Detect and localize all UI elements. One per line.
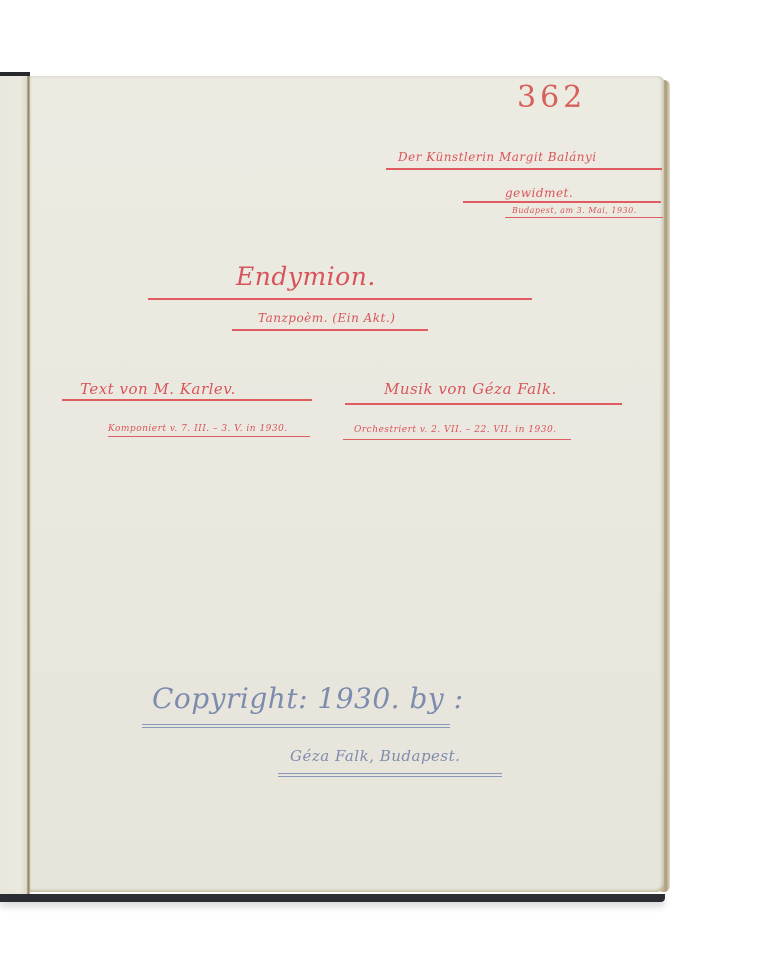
dedication-line-2: gewidmet. bbox=[505, 186, 573, 200]
book-cover-edge bbox=[0, 894, 665, 902]
work-subtitle: Tanzpoèm. (Ein Akt.) bbox=[258, 311, 395, 325]
music-credit-rule bbox=[345, 403, 622, 405]
left-page-edge bbox=[0, 76, 29, 894]
composition-rule bbox=[108, 436, 310, 437]
work-title: Endymion. bbox=[236, 262, 376, 291]
dedication-rule-1 bbox=[386, 168, 662, 170]
orchestration-dates: Orchestriert v. 2. VII. – 22. VII. in 19… bbox=[354, 425, 557, 435]
open-book bbox=[0, 72, 688, 900]
subtitle-rule bbox=[232, 329, 428, 331]
dedication-line-1: Der Künstlerin Margit Balányi bbox=[398, 150, 597, 164]
title-rule bbox=[148, 298, 532, 300]
text-credit: Text von M. Karlev. bbox=[80, 380, 236, 398]
catalog-number: 362 bbox=[517, 80, 586, 115]
copyright-line-2: Géza Falk, Budapest. bbox=[290, 747, 460, 765]
composition-dates: Komponiert v. 7. III. – 3. V. in 1930. bbox=[108, 424, 288, 434]
text-credit-rule bbox=[62, 399, 312, 401]
dedication-rule-2 bbox=[463, 201, 661, 203]
book-gutter bbox=[27, 76, 30, 894]
copyright-rule-2 bbox=[278, 773, 502, 774]
dedication-line-3: Budapest, am 3. Mai, 1930. bbox=[512, 206, 637, 215]
dedication-rule-3 bbox=[505, 217, 663, 218]
copyright-line-1: Copyright: 1930. by : bbox=[152, 682, 464, 715]
orchestration-rule bbox=[343, 439, 571, 440]
music-credit: Musik von Géza Falk. bbox=[384, 380, 557, 398]
copyright-rule-1 bbox=[142, 724, 450, 725]
